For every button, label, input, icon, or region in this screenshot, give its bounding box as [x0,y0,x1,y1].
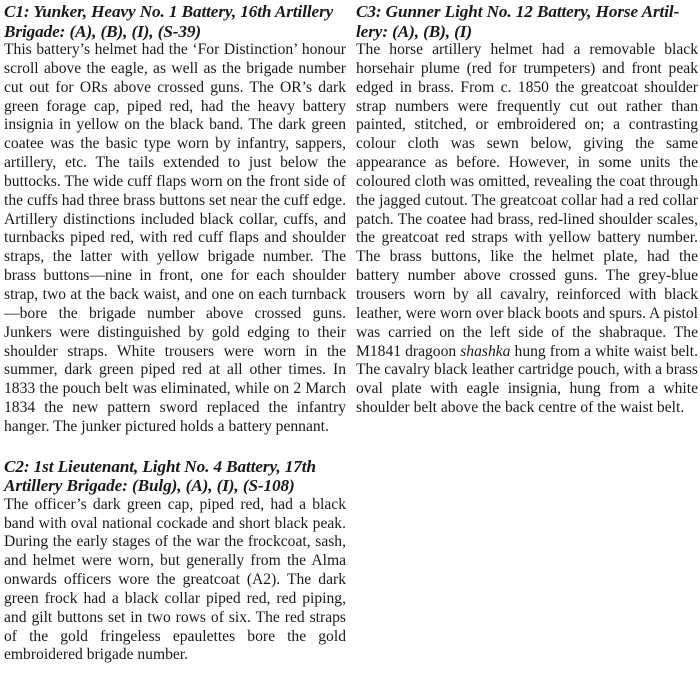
section-body-c2: The officer’s dark green cap, piped red,… [4,496,346,666]
body-text-run: The horse artillery helmet had a removab… [356,41,698,360]
section-heading-c3: C3: Gunner Light No. 12 Battery, Horse A… [356,2,698,41]
section-c3: C3: Gunner Light No. 12 Battery, Horse A… [356,2,698,418]
section-c1: C1: Yunker, Heavy No. 1 Battery, 16th Ar… [4,2,346,437]
section-heading-c1: C1: Yunker, Heavy No. 1 Battery, 16th Ar… [4,2,346,41]
section-c2: C2: 1st Lieutenant, Light No. 4 Battery,… [4,457,346,666]
left-column: C1: Yunker, Heavy No. 1 Battery, 16th Ar… [4,2,346,685]
right-column: C3: Gunner Light No. 12 Battery, Horse A… [356,2,698,438]
section-body-c3: The horse artillery helmet had a removab… [356,41,698,418]
italic-term: shashka [460,343,510,360]
section-heading-c2: C2: 1st Lieutenant, Light No. 4 Battery,… [4,457,346,496]
section-body-c1: This battery’s helmet had the ‘For Disti… [4,41,346,437]
